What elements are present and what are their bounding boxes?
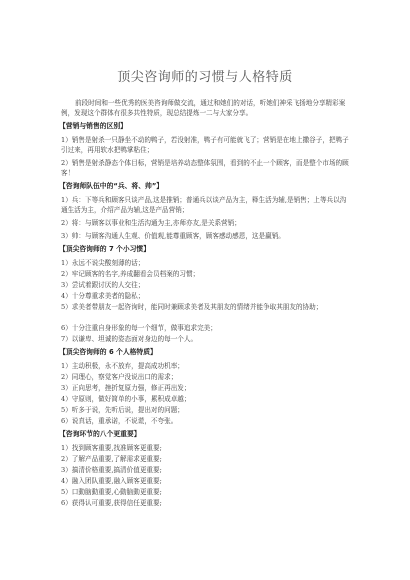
section-eight-more-important: 【咨询环节的八个更重要】 1）找到顾客重要,找准顾客更重要; 2）了解产品重要,… bbox=[61, 429, 351, 508]
section-heading: 【顶尖咨询师的 6 个人格特质】 bbox=[59, 347, 351, 357]
section-heading: 【咨询师队伍中的“兵、将、帅”】 bbox=[59, 181, 351, 191]
spacer bbox=[61, 313, 351, 323]
document-page: 顶尖咨询师的习惯与人格特质 前段时间和一些优秀的医美咨询师做交流，通过和她们的对… bbox=[0, 0, 410, 580]
list-item: 5）求美者带朋友一起咨询时，能同时兼顾求美者及其朋友的情绪并能争取其朋友的协助； bbox=[61, 302, 351, 312]
list-item: 7）以谦卑、坦诚的姿态面对身边的每一个人。 bbox=[61, 334, 351, 344]
list-item: 1）永远不说尖酸刻薄的话； bbox=[61, 258, 351, 268]
list-item: 2）了解产品重要,了解需求更重要; bbox=[61, 454, 351, 464]
list-item: 1）主动积极，永不放弃，提高成功机率； bbox=[61, 361, 351, 371]
section-soldier-general-marshal: 【咨询师队伍中的“兵、将、帅”】 1）兵：下等兵和顾客只谈产品,这是推销；普通兵… bbox=[61, 181, 351, 241]
document-body: 前段时间和一些优秀的医美咨询师做交流，通过和她们的对话，听她们神采飞扬地分享精彩… bbox=[61, 98, 351, 509]
list-item: 4）十分尊重求美者的隐私； bbox=[61, 291, 351, 301]
list-item: 6）说真话，重承诺，不说谎，不夸张。 bbox=[61, 416, 351, 426]
document-title: 顶尖咨询师的习惯与人格特质 bbox=[0, 66, 410, 85]
section-seven-habits: 【顶尖咨询师的 7 个小习惯】 1）永远不说尖酸刻薄的话； 2）牢记顾客的名字,… bbox=[61, 244, 351, 344]
section-marketing-vs-sales: 【营销与销售的区别】 1）销售是射杀一只静坐不动的鸭子，若没射准，鸭子有可能就飞… bbox=[61, 121, 351, 178]
list-item: 6）十分注重自身形象的每一个细节，做事追求完美； bbox=[61, 323, 351, 333]
section-heading: 【顶尖咨询师的 7 个小习惯】 bbox=[59, 244, 351, 254]
list-item: 2）将：与顾客以事业和生活沟通为主,亦师亦友,是关系营销； bbox=[61, 218, 351, 228]
list-item: 1）找到顾客重要,找准顾客更重要; bbox=[61, 443, 351, 453]
section-six-traits: 【顶尖咨询师的 6 个人格特质】 1）主动积极，永不放弃，提高成功机率； 2）同… bbox=[61, 347, 351, 426]
list-item: 5）口動脑動重要,心動脑動更重要; bbox=[61, 487, 351, 497]
list-item: 1）兵：下等兵和顾客只谈产品,这是推销；普通兵以谈产品为主，释生活为辅,是销售；… bbox=[61, 195, 351, 215]
list-item: 2）牢记顾客的名字,养成翻看会员档案的习惯； bbox=[61, 269, 351, 279]
list-item: 2）销售是射杀静态个体目标，营销是培养动态整体氛围，看到的不止一个顾客，而是整个… bbox=[61, 158, 351, 178]
list-item: 5）听多于说，先听后说，提出对的问题； bbox=[61, 405, 351, 415]
section-heading: 【咨询环节的八个更重要】 bbox=[59, 429, 351, 439]
list-item: 3）帅：与顾客沟通人生观、价值观,能尊重顾客，顾客感动感恩，这是赢销。 bbox=[61, 231, 351, 241]
list-item: 3）搞清价格重要,搞清价值更重要; bbox=[61, 465, 351, 475]
intro-paragraph: 前段时间和一些优秀的医美咨询师做交流，通过和她们的对话，听她们神采飞扬地分享精彩… bbox=[61, 98, 351, 118]
list-item: 3）正向思考，挫折复原力强，修正再出发； bbox=[61, 383, 351, 393]
list-item: 4）守原则，做好简单的小事，累积成卓越； bbox=[61, 394, 351, 404]
list-item: 3）尝试着跟讨厌的人交往； bbox=[61, 280, 351, 290]
list-item: 1）销售是射杀一只静坐不动的鸭子，若没射准，鸭子有可能就飞了；营销是在地上撒谷子… bbox=[61, 135, 351, 155]
list-item: 2）同理心，察觉客户没说出口的需求； bbox=[61, 372, 351, 382]
list-item: 4）融入团队重要,融入顾客更重要; bbox=[61, 476, 351, 486]
list-item: 6）获得认可重要,获得信任更重要; bbox=[61, 498, 351, 508]
section-heading: 【营销与销售的区别】 bbox=[59, 121, 351, 131]
